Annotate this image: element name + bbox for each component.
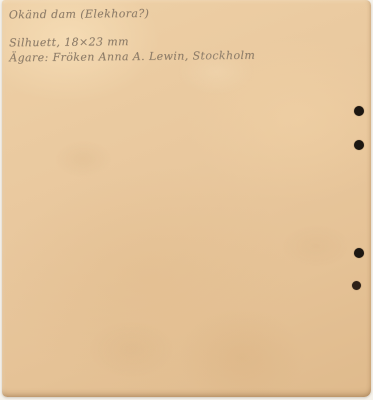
punch-dot-top-2: [354, 140, 364, 150]
annotation-owner-line: Ägare: Fröken Anna A. Lewin, Stockholm: [9, 49, 269, 66]
punch-dot-bottom-1: [354, 248, 364, 258]
punch-dot-top-1: [354, 106, 364, 116]
handwritten-annotation: Okänd dam (Elekhora?) Silhuett, 18×23 mm…: [9, 6, 270, 66]
annotation-subject-line: Okänd dam (Elekhora?): [9, 6, 269, 23]
annotation-medium-line: Silhuett, 18×23 mm: [9, 34, 269, 51]
punch-dot-bottom-2: [352, 281, 361, 290]
scanned-archive-card: Okänd dam (Elekhora?) Silhuett, 18×23 mm…: [2, 0, 371, 397]
